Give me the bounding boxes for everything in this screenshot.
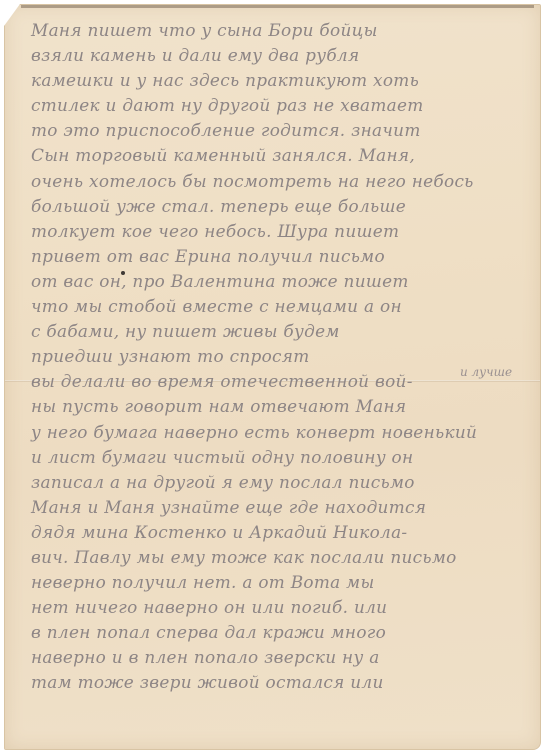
text-line: приедши узнают то спросят — [31, 345, 526, 370]
text-line: вы делали во время отечественной вой- — [31, 370, 526, 395]
text-line: вич. Павлу мы ему тоже как послали письм… — [31, 546, 526, 571]
text-line: толкует кое чего небось. Шура пишет — [31, 220, 526, 245]
text-line: взяли камень и дали ему два рубля — [31, 44, 526, 69]
text-line: Маня и Маня узнайте еще где находится — [31, 496, 526, 521]
text-line: ны пусть говорит нам отвечают Маня — [31, 395, 526, 420]
text-line: что мы стобой вместе с немцами а он — [31, 295, 526, 320]
text-line: камешки и у нас здесь практикуют хоть — [31, 69, 526, 94]
text-line: большой уже стал. теперь еще больше — [31, 195, 526, 220]
text-line: записал а на другой я ему послал письмо — [31, 471, 526, 496]
text-line: там тоже звери живой остался или — [31, 671, 526, 696]
text-line: привет от вас Ерина получил письмо — [31, 245, 526, 270]
text-line: неверно получил нет. а от Вота мы — [31, 571, 526, 596]
text-line: Маня пишет что у сына Бори бойцы — [31, 19, 526, 44]
letter-page: Маня пишет что у сына Бори бойцы взяли к… — [4, 4, 541, 750]
handwritten-text: Маня пишет что у сына Бори бойцы взяли к… — [31, 19, 530, 697]
text-line: с бабами, ну пишет живы будем — [31, 320, 526, 345]
text-line: дядя мина Костенко и Аркадий Никола- — [31, 521, 526, 546]
text-line: у него бумага наверно есть конверт новен… — [31, 421, 526, 446]
text-line: то это приспособление годится. значит — [31, 119, 526, 144]
margin-annotation: и лучше — [460, 365, 512, 379]
text-line: от вас он, про Валентина тоже пишет — [31, 270, 526, 295]
paper-top-edge — [21, 5, 534, 8]
text-line: очень хотелось бы посмотреть на него неб… — [31, 170, 526, 195]
text-line: наверно и в плен попало зверски ну а — [31, 646, 526, 671]
text-line: нет ничего наверно он или погиб. или — [31, 596, 526, 621]
text-line: стилек и дают ну другой раз не хватает — [31, 94, 526, 119]
text-line: Сын торговый каменный занялся. Маня, — [31, 144, 526, 169]
text-line: в плен попал сперва дал кражи много — [31, 621, 526, 646]
text-line: и лист бумаги чистый одну половину он — [31, 446, 526, 471]
